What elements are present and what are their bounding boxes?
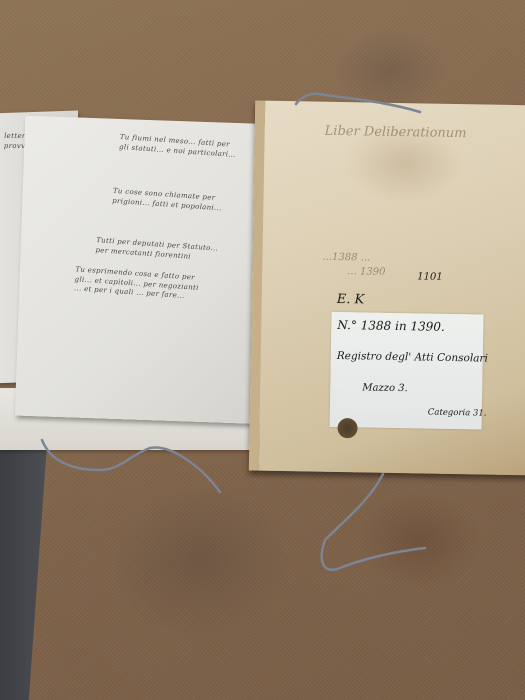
ink-marker: E. K	[337, 292, 365, 307]
ink-year: 1101	[417, 271, 443, 282]
open-book-right-page: Tu fiumi nel meso... fatti per gli statu…	[15, 116, 279, 425]
archive-label: N.° 1388 in 1390. Registro degl' Atti Co…	[330, 312, 484, 430]
text-block-2: Tu cose sono chiamate per prigioni... fa…	[112, 187, 228, 214]
label-register: Registro degl' Atti Consolari	[337, 350, 488, 365]
label-mazzo: Mazzo 3.	[362, 382, 408, 394]
faded-title: Liber Deliberationum	[325, 124, 467, 141]
text-block-3: Tutti per deputati per Statuto... per me…	[95, 236, 221, 264]
text-block-1: Tu fiumi nel meso... fatti per gli statu…	[119, 133, 240, 160]
wax-seal	[337, 418, 357, 438]
label-range: N.° 1388 in 1390.	[337, 318, 445, 334]
label-categoria: Categoria 31.	[428, 408, 487, 419]
bound-volume: Liber Deliberationum ...1388 ... ... 139…	[249, 100, 525, 475]
faded-line-2: ... 1390	[347, 266, 385, 278]
text-block-4: Tu esprimendo cosa e fatto per gli... et…	[74, 265, 206, 302]
faded-line-1: ...1388 ...	[322, 252, 370, 264]
